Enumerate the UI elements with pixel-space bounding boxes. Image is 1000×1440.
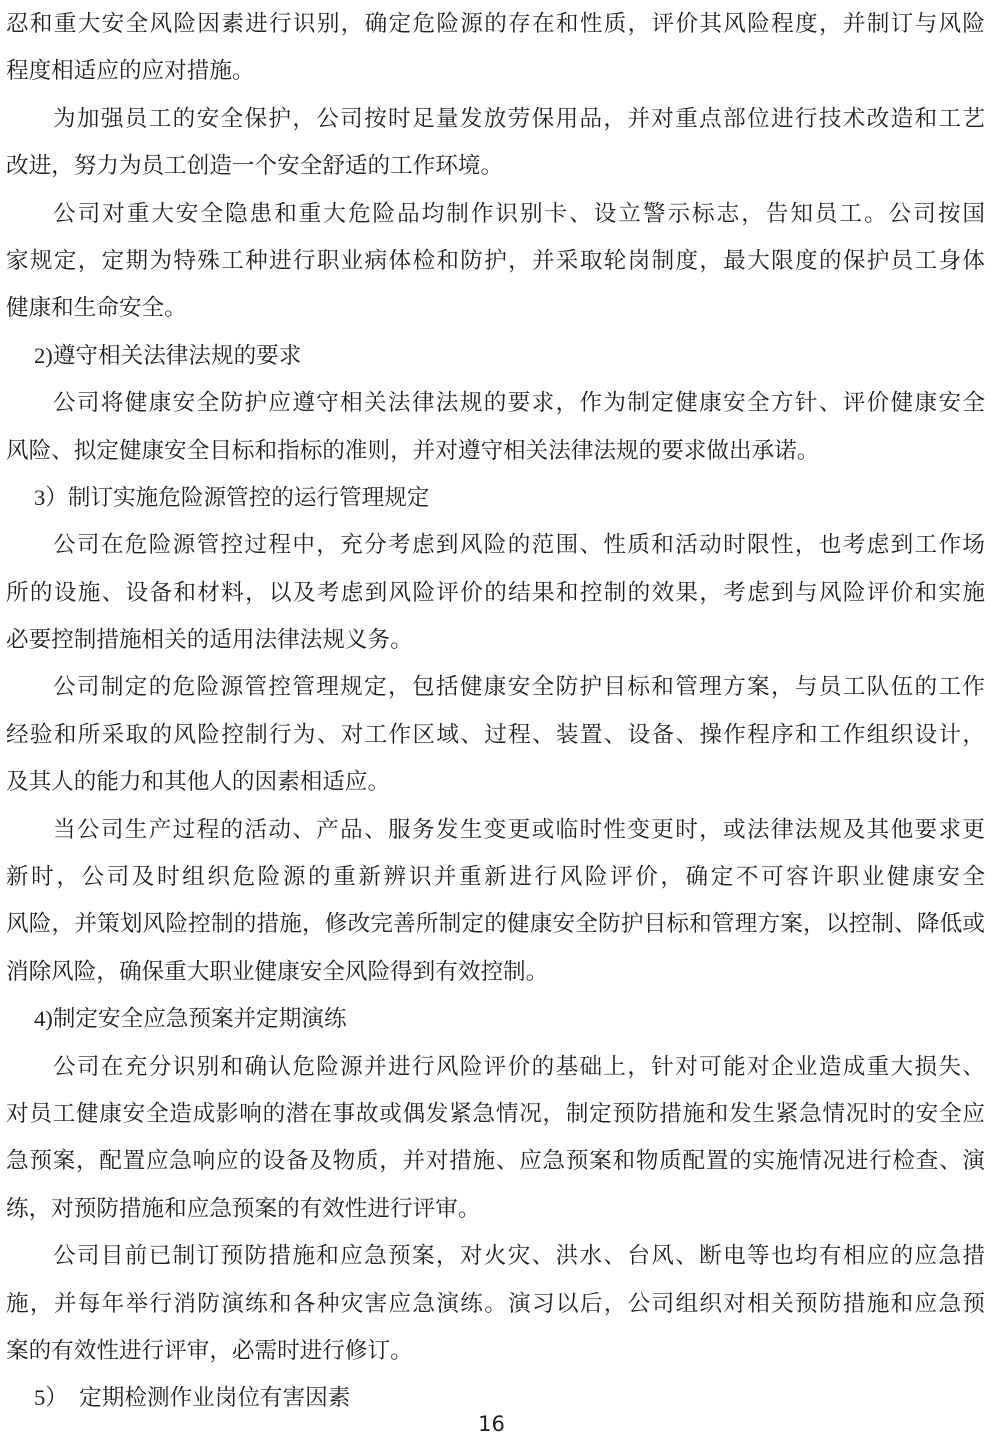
paragraph-line: 公司目前已制订预防措施和应急预案，对火灾、洪水、台风、断电等也均有相应的应急措 (6, 1232, 985, 1279)
paragraph-line: 健康和生命安全。 (6, 284, 985, 331)
paragraph-line: 施，并每年举行消防演练和各种灾害应急演练。演习以后，公司组织对相关预防措施和应急… (6, 1280, 985, 1327)
paragraph-line: 公司将健康安全防护应遵守相关法律法规的要求，作为制定健康安全方针、评价健康安全 (6, 379, 985, 426)
paragraph-line: 家规定，定期为特殊工种进行职业病体检和防护，并采取轮岗制度，最大限度的保护员工身… (6, 237, 985, 284)
paragraph-line: 及其人的能力和其他人的因素相适应。 (6, 758, 985, 805)
paragraph-line: 忍和重大安全风险因素进行识别，确定危险源的存在和性质，评价其风险程度，并制订与风… (6, 0, 985, 47)
paragraph-line: 所的设施、设备和材料，以及考虑到风险评价的结果和控制的效果，考虑到与风险评价和实… (6, 569, 985, 616)
heading-item-3: 3）制订实施危险源管控的运行管理规定 (6, 474, 985, 521)
paragraph-line: 程度相适应的应对措施。 (6, 47, 985, 94)
paragraph-line: 消除风险，确保重大职业健康安全风险得到有效控制。 (6, 948, 985, 995)
text-block: 忍和重大安全风险因素进行识别，确定危险源的存在和性质，评价其风险程度，并制订与风… (6, 0, 985, 1422)
paragraph-line: 急预案，配置应急响应的设备及物质，并对措施、应急预案和物质配置的实施情况进行检查… (6, 1137, 985, 1184)
paragraph-line: 为加强员工的安全保护，公司按时足量发放劳保用品，并对重点部位进行技术改造和工艺 (6, 95, 985, 142)
paragraph-line: 对员工健康安全造成影响的潜在事故或偶发紧急情况，制定预防措施和发生紧急情况时的安… (6, 1090, 985, 1137)
paragraph-line: 风险，并策划风险控制的措施，修改完善所制定的健康安全防护目标和管理方案，以控制、… (6, 900, 985, 947)
page-number: 16 (0, 1411, 983, 1437)
paragraph-line: 公司在危险源管控过程中，充分考虑到风险的范围、性质和活动时限性，也考虑到工作场 (6, 521, 985, 568)
paragraph-line: 公司制定的危险源管控管理规定，包括健康安全防护目标和管理方案，与员工队伍的工作 (6, 663, 985, 710)
paragraph-line: 公司对重大安全隐患和重大危险品均制作识别卡、设立警示标志，告知员工。公司按国 (6, 190, 985, 237)
paragraph-line: 当公司生产过程的活动、产品、服务发生变更或临时性变更时，或法律法规及其他要求更 (6, 806, 985, 853)
paragraph-line: 改进，努力为员工创造一个安全舒适的工作环境。 (6, 142, 985, 189)
paragraph-line: 公司在充分识别和确认危险源并进行风险评价的基础上，针对可能对企业造成重大损失、 (6, 1043, 985, 1090)
heading-item-4: 4)制定安全应急预案并定期演练 (6, 995, 985, 1042)
paragraph-line: 经验和所采取的风险控制行为、对工作区域、过程、装置、设备、操作程序和工作组织设计… (6, 711, 985, 758)
document-page: 忍和重大安全风险因素进行识别，确定危险源的存在和性质，评价其风险程度，并制订与风… (0, 0, 1000, 1440)
paragraph-line: 必要控制措施相关的适用法律法规义务。 (6, 616, 985, 663)
paragraph-line: 风险、拟定健康安全目标和指标的准则，并对遵守相关法律法规的要求做出承诺。 (6, 427, 985, 474)
paragraph-line: 新时，公司及时组织危险源的重新辨识并重新进行风险评价，确定不可容许职业健康安全 (6, 853, 985, 900)
heading-item-2: 2)遵守相关法律法规的要求 (6, 332, 985, 379)
paragraph-line: 练，对预防措施和应急预案的有效性进行评审。 (6, 1185, 985, 1232)
paragraph-line: 案的有效性进行评审，必需时进行修订。 (6, 1327, 985, 1374)
